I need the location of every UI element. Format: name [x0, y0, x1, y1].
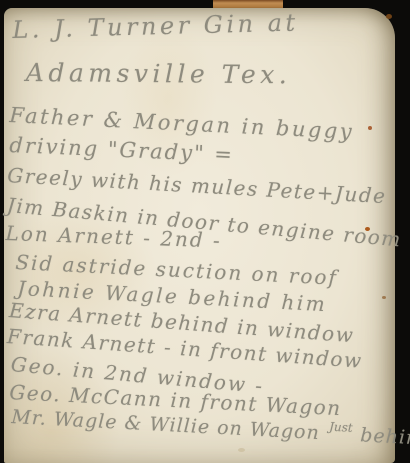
- photo-of-note: { "document": { "kind": "handwritten pen…: [0, 0, 410, 463]
- foxing-spot: [368, 126, 372, 130]
- handwritten-text: behind: [360, 424, 410, 450]
- inserted-word: Just: [329, 420, 353, 435]
- foxing-spot: [238, 448, 245, 452]
- foxing-spot: [382, 296, 386, 299]
- handwritten-line: Adamsville Tex.: [26, 58, 292, 89]
- foxing-spot: [386, 14, 392, 19]
